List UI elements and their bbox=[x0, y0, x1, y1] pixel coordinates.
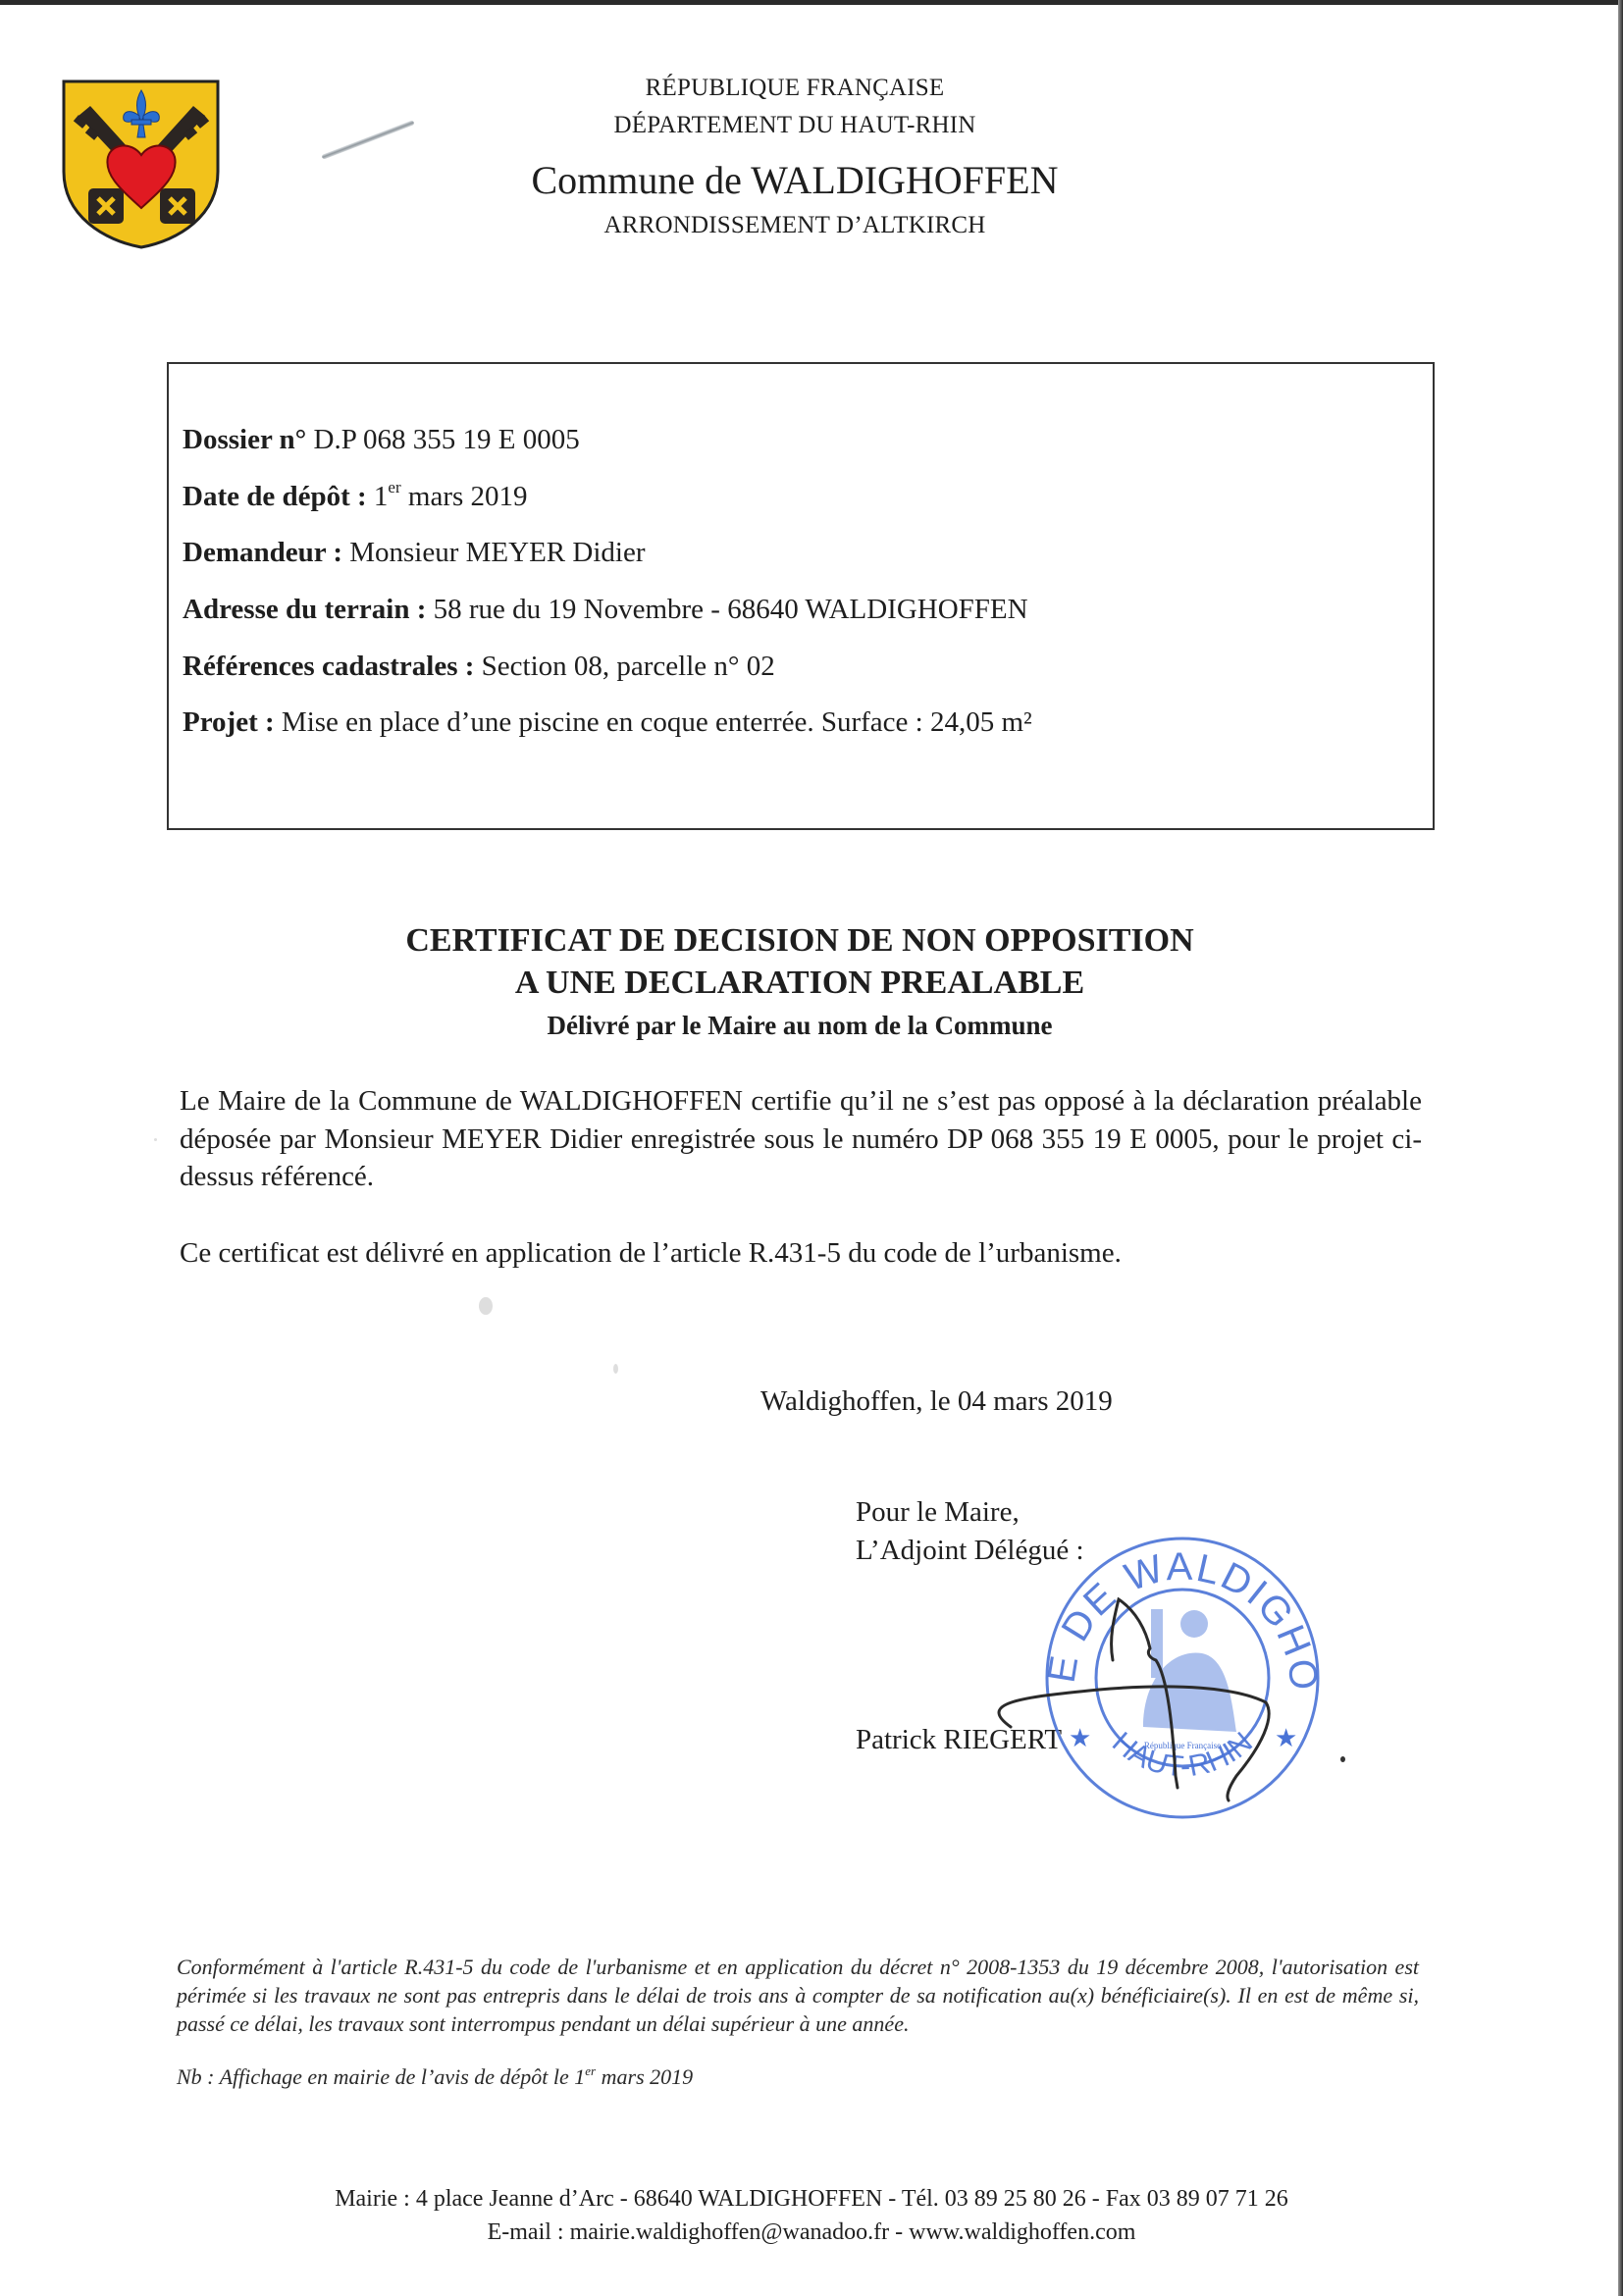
footer-address: Mairie : 4 place Jeanne d’Arc - 68640 WA… bbox=[196, 2182, 1427, 2216]
project-row: Projet : Mise en place d’une piscine en … bbox=[183, 706, 1032, 739]
staple-mark bbox=[321, 120, 414, 160]
dossier-number-row: Dossier n° D.P 068 355 19 E 0005 bbox=[183, 424, 580, 456]
cadastral-value: Section 08, parcelle n° 02 bbox=[482, 651, 775, 682]
posting-note-sup: er bbox=[585, 2063, 596, 2078]
deposit-date-rest: mars 2019 bbox=[408, 481, 528, 512]
header-department: DÉPARTEMENT DU HAUT-RHIN bbox=[471, 112, 1119, 139]
place-and-date: Waldighoffen, le 04 mars 2019 bbox=[760, 1385, 1113, 1418]
scan-edge-right bbox=[1618, 0, 1623, 2296]
certificate-body: Le Maire de la Commune de WALDIGHOFFEN c… bbox=[180, 1082, 1422, 1196]
scan-speck bbox=[479, 1297, 493, 1315]
deposit-date-row: Date de dépôt : 1er mars 2019 bbox=[183, 481, 528, 513]
handwritten-signature bbox=[981, 1580, 1276, 1815]
deposit-date-day: 1 bbox=[374, 481, 389, 512]
cadastral-row: Références cadastrales : Section 08, par… bbox=[183, 651, 775, 683]
posting-note: Nb : Affichage en mairie de l’avis de dé… bbox=[177, 2064, 693, 2090]
certificate-title-line1: CERTIFICAT DE DECISION DE NON OPPOSITION bbox=[245, 922, 1354, 960]
scan-speck bbox=[613, 1364, 618, 1374]
certificate-title-line2: A UNE DECLARATION PREALABLE bbox=[245, 965, 1354, 1002]
applicant-value: Monsieur MEYER Didier bbox=[349, 537, 645, 568]
svg-text:★: ★ bbox=[1275, 1724, 1297, 1752]
header-commune: Commune de WALDIGHOFFEN bbox=[471, 157, 1119, 203]
ink-dot bbox=[1340, 1756, 1345, 1762]
cadastral-label: Références cadastrales : bbox=[183, 651, 474, 682]
header-republic: RÉPUBLIQUE FRANÇAISE bbox=[471, 75, 1119, 102]
for-mayor-label: Pour le Maire, bbox=[856, 1496, 1020, 1529]
dossier-number-label: Dossier n° bbox=[183, 424, 306, 455]
address-row: Adresse du terrain : 58 rue du 19 Novemb… bbox=[183, 594, 1028, 626]
deposit-date-label: Date de dépôt : bbox=[183, 481, 367, 512]
deposit-date-sup: er bbox=[388, 478, 400, 496]
project-label: Projet : bbox=[183, 706, 275, 738]
scan-edge-top bbox=[0, 0, 1623, 5]
posting-note-prefix: Nb : Affichage en mairie de l’avis de dé… bbox=[177, 2064, 585, 2089]
footer-contact: E-mail : mairie.waldighoffen@wanadoo.fr … bbox=[196, 2216, 1427, 2249]
applicant-label: Demandeur : bbox=[183, 537, 342, 568]
scan-speck bbox=[154, 1138, 157, 1141]
footer: Mairie : 4 place Jeanne d’Arc - 68640 WA… bbox=[196, 2182, 1427, 2249]
posting-note-suffix: mars 2019 bbox=[602, 2064, 694, 2089]
project-value: Mise en place d’une piscine en coque ent… bbox=[282, 706, 1032, 738]
dossier-number-value: D.P 068 355 19 E 0005 bbox=[314, 424, 580, 455]
applicant-row: Demandeur : Monsieur MEYER Didier bbox=[183, 537, 645, 569]
legal-notice: Conformément à l'article R.431-5 du code… bbox=[177, 1953, 1419, 2038]
header-arrondissement: ARRONDISSEMENT D’ALTKIRCH bbox=[471, 212, 1119, 239]
address-value: 58 rue du 19 Novembre - 68640 WALDIGHOFF… bbox=[434, 594, 1028, 625]
certificate-subtitle: Délivré par le Maire au nom de la Commun… bbox=[245, 1011, 1354, 1041]
address-label: Adresse du terrain : bbox=[183, 594, 426, 625]
certificate-legal-basis: Ce certificat est délivré en application… bbox=[180, 1237, 1122, 1270]
coat-of-arms-icon bbox=[61, 78, 223, 250]
